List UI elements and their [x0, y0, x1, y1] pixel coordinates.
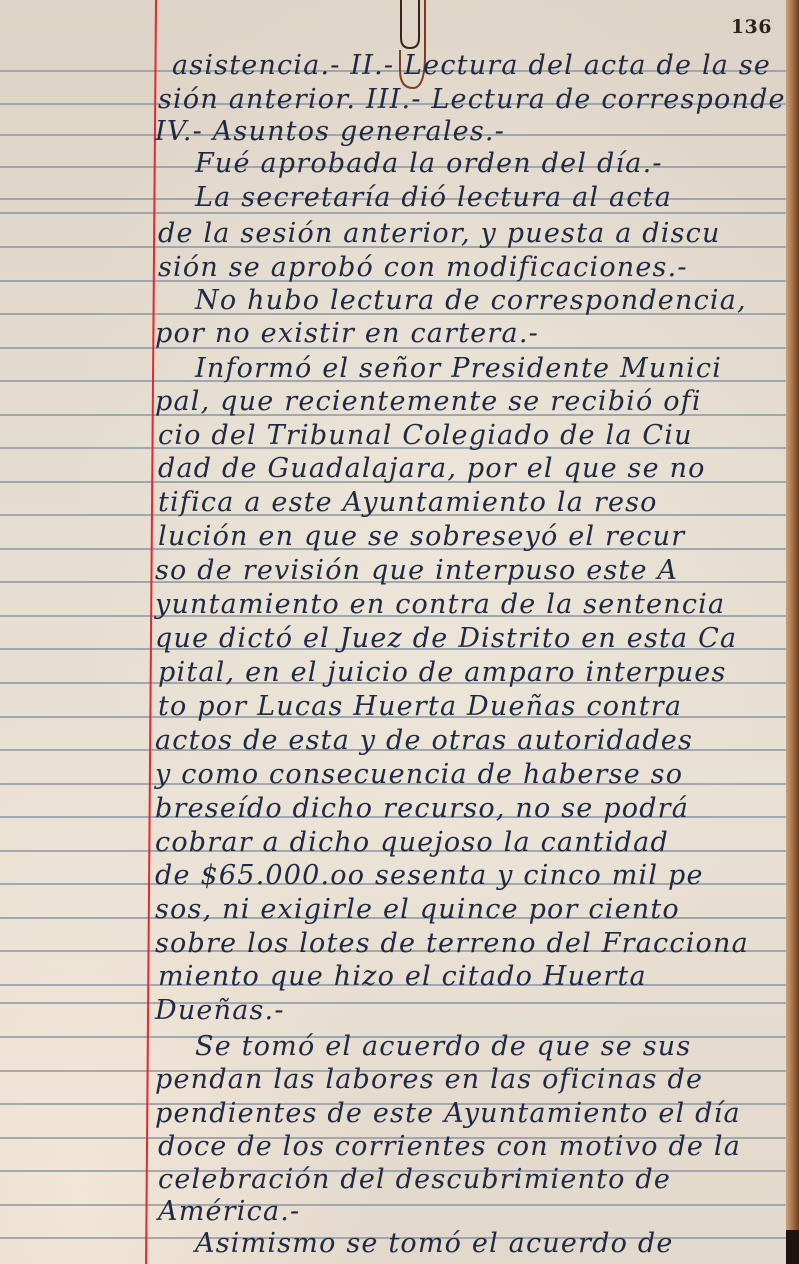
- page-edge: [786, 0, 799, 1264]
- text-line: América.-: [158, 1198, 300, 1225]
- text-line: to por Lucas Huerta Dueñas contra: [158, 693, 682, 720]
- text-line: sos, ni exigirle el quince por ciento: [155, 896, 680, 923]
- text-line: Se tomó el acuerdo de que se sus: [195, 1033, 691, 1060]
- text-line: pendan las labores en las oficinas de: [155, 1066, 703, 1093]
- text-line: dad de Guadalajara, por el que se no: [158, 455, 706, 482]
- text-line: de $65.000.oo sesenta y cinco mil pe: [155, 862, 704, 889]
- text-line: de la sesión anterior, y puesta a discu: [158, 220, 721, 247]
- page-number: 136: [731, 16, 772, 38]
- text-line: pal, que recientemente se recibió ofi: [155, 388, 702, 415]
- text-line: doce de los corrientes con motivo de la: [158, 1133, 741, 1160]
- text-line: y como consecuencia de haberse so: [155, 761, 683, 788]
- text-line: asistencia.- II.- Lectura del acta de la…: [172, 52, 771, 79]
- text-line: sobre los lotes de terreno del Fracciona: [155, 930, 749, 957]
- text-line: Fué aprobada la orden del día.-: [195, 150, 663, 177]
- text-line: sión anterior. III.- Lectura de correspo…: [158, 86, 786, 113]
- text-line: cobrar a dicho quejoso la cantidad: [155, 829, 669, 856]
- ledger-page: 136 asistencia.- II.- Lectura del acta d…: [0, 0, 786, 1264]
- text-line: actos de esta y de otras autoridades: [155, 727, 693, 754]
- text-line: por no existir en cartera.-: [155, 320, 539, 347]
- text-line: so de revisión que interpuso este A: [155, 557, 678, 584]
- ruled-line: [0, 1002, 786, 1004]
- text-line: breseído dicho recurso, no se podrá: [155, 795, 689, 822]
- text-line: cio del Tribunal Colegiado de la Ciu: [158, 422, 693, 449]
- text-line: pital, en el juicio de amparo interpues: [158, 659, 727, 686]
- text-line: sión se aprobó con modificaciones.-: [158, 254, 688, 281]
- text-line: Dueñas.-: [155, 997, 285, 1024]
- text-line: lución en que se sobreseyó el recur: [158, 523, 685, 550]
- text-line: Informó el señor Presidente Munici: [195, 355, 722, 382]
- text-line: pendientes de este Ayuntamiento el día: [155, 1100, 741, 1127]
- text-line: yuntamiento en contra de la sentencia: [155, 591, 725, 618]
- text-line: IV.- Asuntos generales.-: [155, 118, 505, 145]
- text-line: La secretaría dió lectura al acta: [195, 184, 672, 211]
- text-line: que dictó el Juez de Distrito en esta Ca: [155, 625, 737, 652]
- text-line: No hubo lectura de correspondencia,: [195, 287, 747, 314]
- text-line: celebración del descubrimiento de: [158, 1166, 671, 1193]
- text-line: Asimismo se tomó el acuerdo de: [195, 1230, 674, 1257]
- ruled-line: [0, 1204, 786, 1206]
- text-line: miento que hizo el citado Huerta: [158, 963, 647, 990]
- page-edge-shadow: [786, 1230, 799, 1264]
- text-line: tifica a este Ayuntamiento la reso: [158, 489, 658, 516]
